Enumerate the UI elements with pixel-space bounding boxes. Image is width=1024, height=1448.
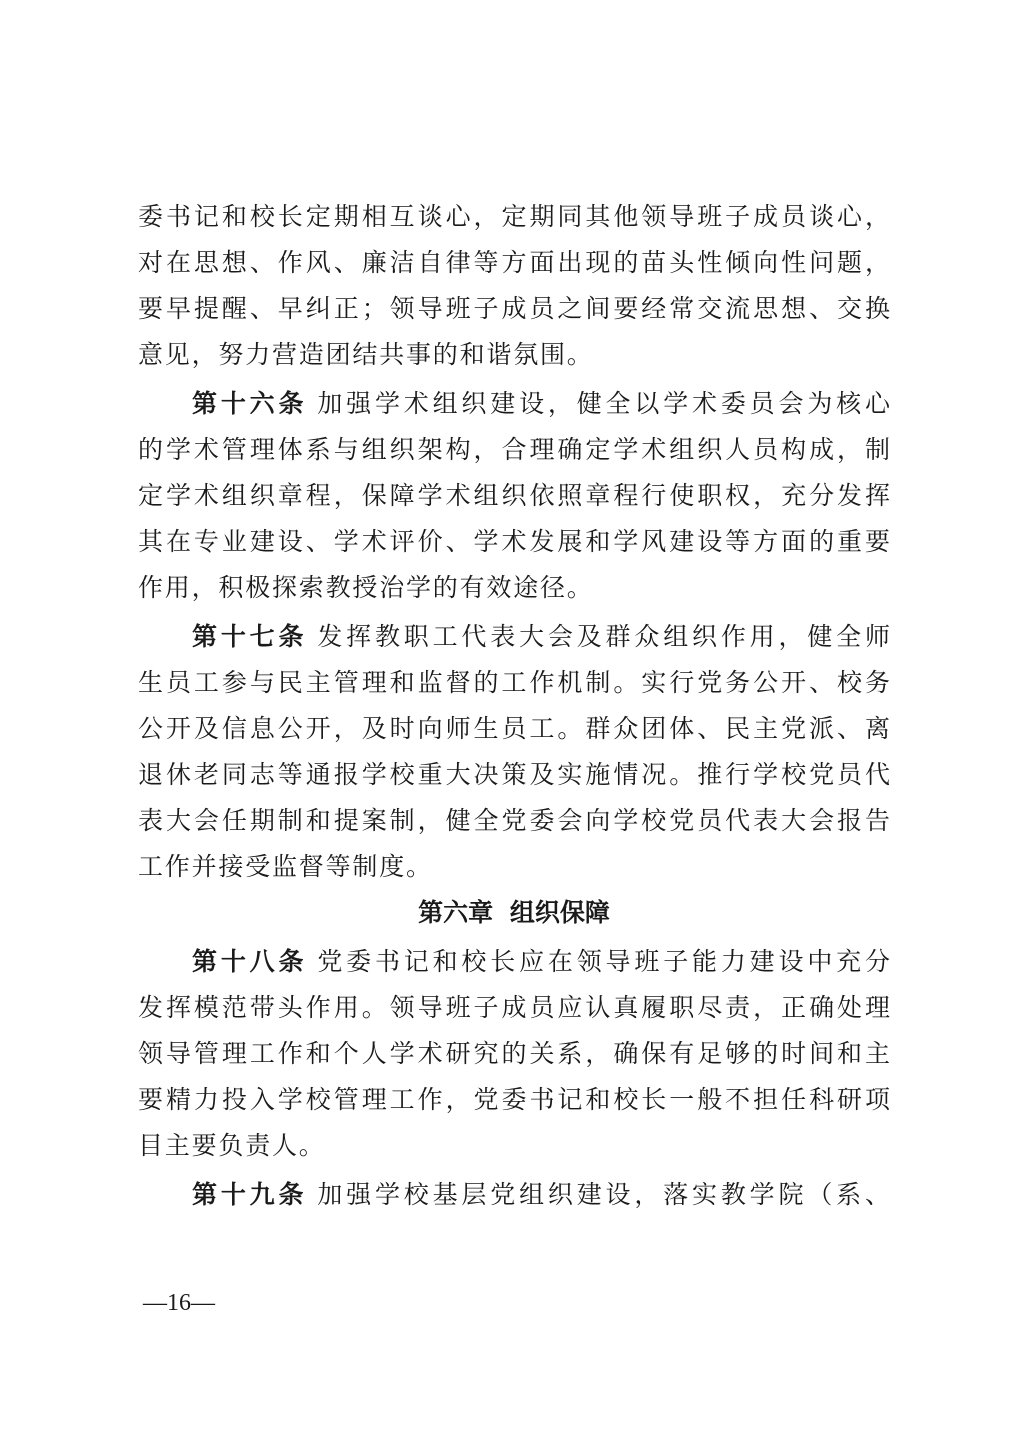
text-line: 的学术管理体系与组织架构，合理确定学术组织人员构成，制 — [138, 427, 890, 473]
text-line: 对在思想、作风、廉洁自律等方面出现的苗头性倾向性问题， — [138, 240, 890, 286]
text-line: 其在专业建设、学术评价、学术发展和学风建设等方面的重要 — [138, 519, 890, 565]
text-line: 要早提醒、早纠正；领导班子成员之间要经常交流思想、交换 — [138, 286, 890, 332]
text-line: 工作并接受监督等制度。 — [138, 844, 890, 890]
text-line: 生员工参与民主管理和监督的工作机制。实行党务公开、校务 — [138, 660, 890, 706]
article-text: 发挥教职工代表大会及群众组织作用，健全师 — [317, 622, 890, 651]
text-line: 退休老同志等通报学校重大决策及实施情况。推行学校党员代 — [138, 752, 890, 798]
text-line: 公开及信息公开，及时向师生员工。群众团体、民主党派、离 — [138, 706, 890, 752]
article-17: 第十七条发挥教职工代表大会及群众组织作用，健全师 生员工参与民主管理和监督的工作… — [138, 614, 890, 890]
article-text: 加强学术组织建设，健全以学术委员会为核心 — [317, 389, 890, 418]
text-line: 委书记和校长定期相互谈心，定期同其他领导班子成员谈心， — [138, 194, 890, 240]
article-19: 第十九条加强学校基层党组织建设，落实教学院（系、 — [138, 1172, 890, 1218]
text-line: 领导管理工作和个人学术研究的关系，确保有足够的时间和主 — [138, 1031, 890, 1077]
article-first-line: 第十八条党委书记和校长应在领导班子能力建设中充分 — [138, 939, 890, 985]
article-text: 党委书记和校长应在领导班子能力建设中充分 — [317, 947, 890, 976]
text-line: 定学术组织章程，保障学术组织依照章程行使职权，充分发挥 — [138, 473, 890, 519]
text-line: 作用，积极探索教授治学的有效途径。 — [138, 565, 890, 611]
article-16: 第十六条加强学术组织建设，健全以学术委员会为核心 的学术管理体系与组织架构，合理… — [138, 381, 890, 611]
article-number: 第十八条 — [192, 947, 307, 976]
continued-paragraph: 委书记和校长定期相互谈心，定期同其他领导班子成员谈心， 对在思想、作风、廉洁自律… — [138, 194, 890, 378]
article-number: 第十九条 — [192, 1180, 307, 1209]
text-line: 要精力投入学校管理工作，党委书记和校长一般不担任科研项 — [138, 1077, 890, 1123]
article-first-line: 第十九条加强学校基层党组织建设，落实教学院（系、 — [138, 1172, 890, 1218]
article-number: 第十六条 — [192, 389, 307, 418]
article-first-line: 第十六条加强学术组织建设，健全以学术委员会为核心 — [138, 381, 890, 427]
article-text: 加强学校基层党组织建设，落实教学院（系、 — [317, 1180, 890, 1209]
document-page: 委书记和校长定期相互谈心，定期同其他领导班子成员谈心， 对在思想、作风、廉洁自律… — [138, 194, 890, 1218]
article-first-line: 第十七条发挥教职工代表大会及群众组织作用，健全师 — [138, 614, 890, 660]
text-line: 发挥模范带头作用。领导班子成员应认真履职尽责，正确处理 — [138, 985, 890, 1031]
text-line: 目主要负责人。 — [138, 1123, 890, 1169]
chapter-heading: 第六章 组织保障 — [138, 890, 890, 936]
article-18: 第十八条党委书记和校长应在领导班子能力建设中充分 发挥模范带头作用。领导班子成员… — [138, 939, 890, 1169]
text-line: 意见，努力营造团结共事的和谐氛围。 — [138, 332, 890, 378]
article-number: 第十七条 — [192, 622, 307, 651]
page-number: —16— — [143, 1290, 215, 1317]
text-line: 表大会任期制和提案制，健全党委会向学校党员代表大会报告 — [138, 798, 890, 844]
